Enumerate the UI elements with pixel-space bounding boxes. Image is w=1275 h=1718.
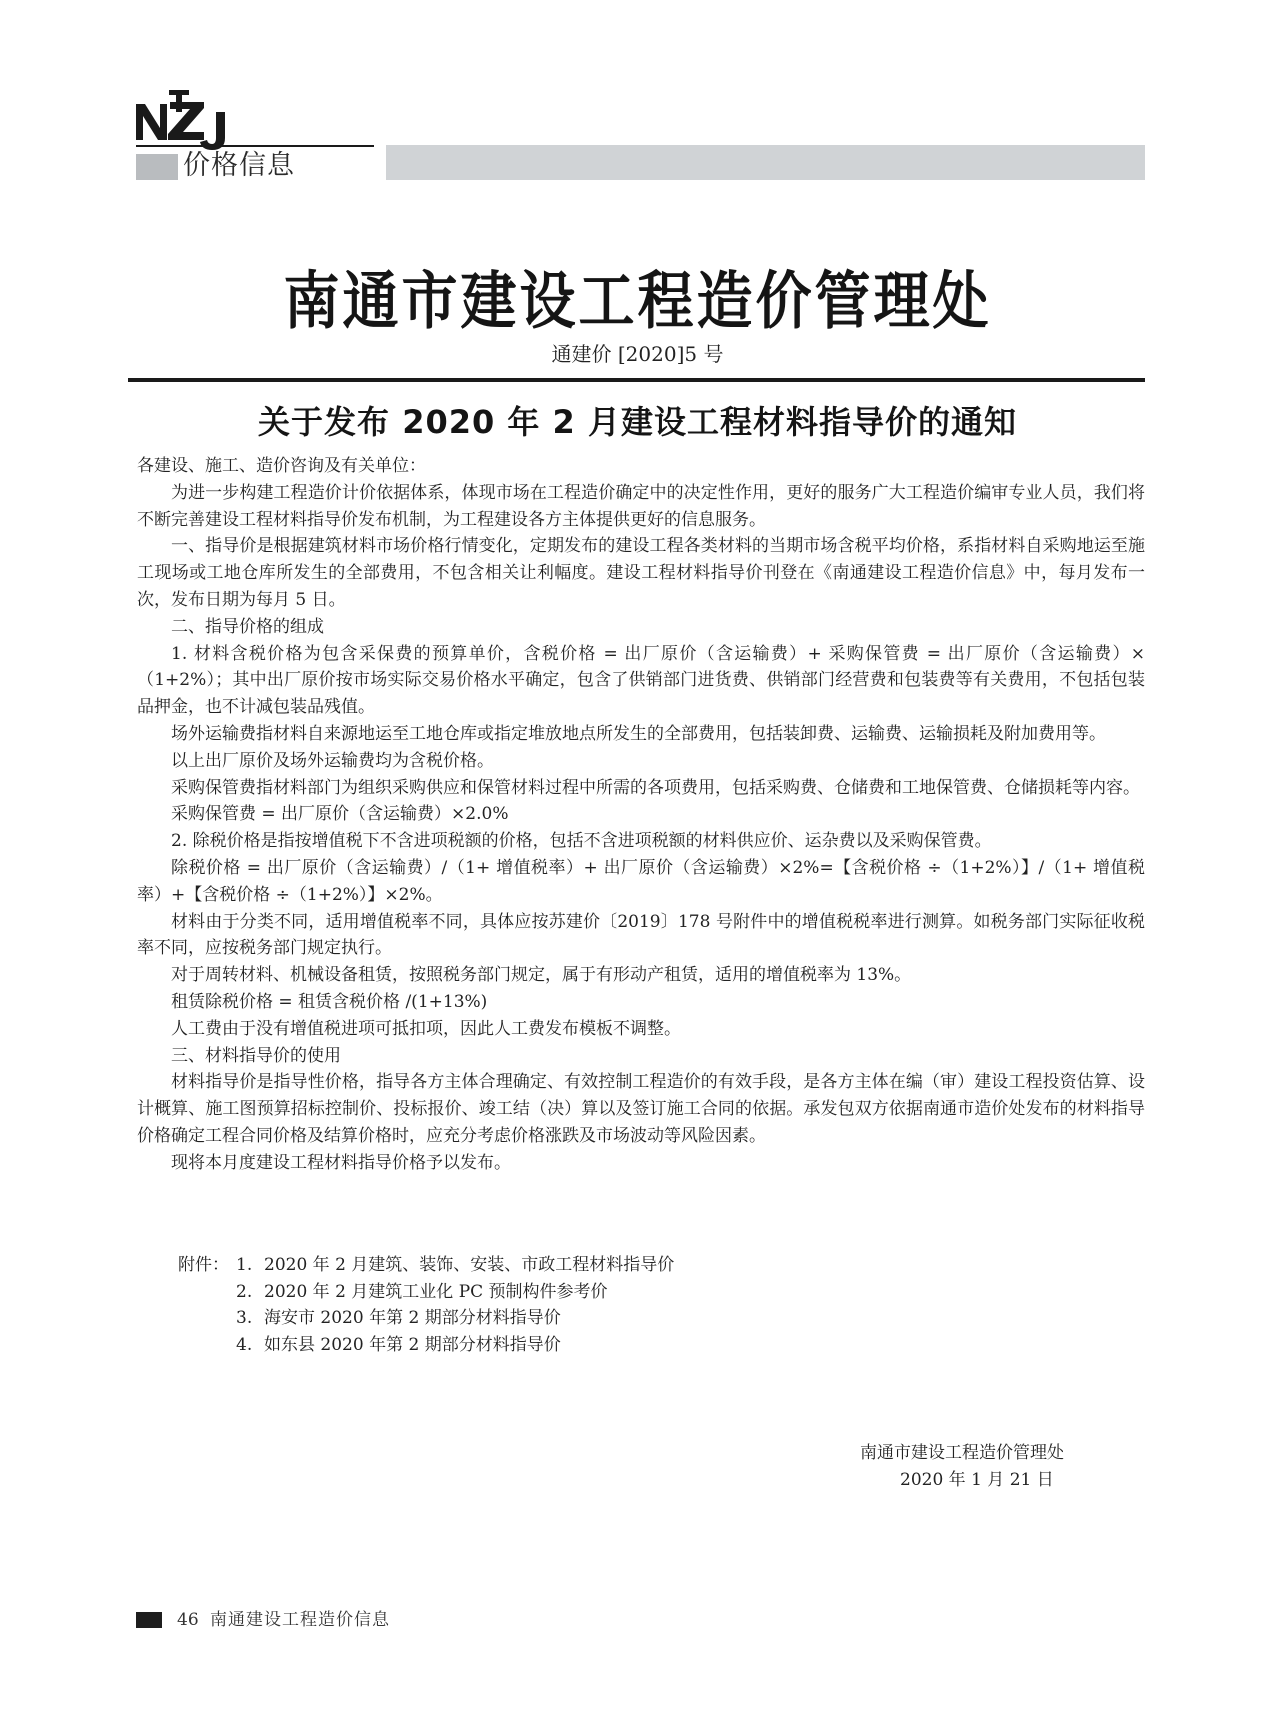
paragraph-release: 现将本月度建设工程材料指导价格予以发布。 xyxy=(137,1150,1145,1177)
ntzj-logo xyxy=(136,88,246,150)
attachment-item: 2. 2020 年 2 月建筑工业化 PC 预制构件参考价 xyxy=(178,1279,674,1306)
paragraph-usage: 材料指导价是指导性价格，指导各方主体合理确定、有效控制工程造价的有效手段，是各方… xyxy=(137,1069,1145,1149)
heading-section-3: 三、材料指导价的使用 xyxy=(137,1043,1145,1070)
footer-marker-block xyxy=(136,1612,162,1628)
salutation: 各建设、施工、造价咨询及有关单位： xyxy=(137,453,1145,480)
signature-block: 南通市建设工程造价管理处 2020 年 1 月 21 日 xyxy=(860,1440,1110,1494)
org-title: 南通市建设工程造价管理处 xyxy=(0,264,1275,338)
section-marker-block xyxy=(136,154,178,180)
paragraph-leasing-vat: 对于周转材料、机械设备租赁，按照税务部门规定，属于有形动产租赁，适用的增值税率为… xyxy=(137,962,1145,989)
formula-tax-exclusive-price: 除税价格 = 出厂原价（含运输费）/（1+ 增值税率）+ 出厂原价（含运输费）×… xyxy=(137,855,1145,909)
attachment-item: 附件： 1. 2020 年 2 月建筑、装饰、安装、市政工程材料指导价 xyxy=(178,1252,674,1279)
attachment-item: 4. 如东县 2020 年第 2 期部分材料指导价 xyxy=(178,1332,674,1359)
signature-date: 2020 年 1 月 21 日 xyxy=(860,1467,1110,1494)
attachment-item: 3. 海安市 2020 年第 2 期部分材料指导价 xyxy=(178,1305,674,1332)
paragraph-labor-cost: 人工费由于没有增值税进项可抵扣项，因此人工费发布模板不调整。 xyxy=(137,1016,1145,1043)
attachments-label: 附件： xyxy=(178,1252,236,1279)
paragraph-intro: 为进一步构建工程造价计价依据体系，体现市场在工程造价确定中的决定性作用，更好的服… xyxy=(137,480,1145,534)
paragraph-procurement-fee: 采购保管费指材料部门为组织采购供应和保管材料过程中所需的各项费用，包括采购费、仓… xyxy=(137,775,1145,802)
paragraph-section-1: 一、指导价是根据建筑材料市场价格行情变化，定期发布的建设工程各类材料的当期市场含… xyxy=(137,533,1145,613)
paragraph-transport-fee: 场外运输费指材料自来源地运至工地仓库或指定堆放地点所发生的全部费用，包括装卸费、… xyxy=(137,721,1145,748)
paragraph-tax-exclusive-price: 2. 除税价格是指按增值税下不含进项税额的价格，包括不含进项税额的材料供应价、运… xyxy=(137,828,1145,855)
header-gray-bar xyxy=(386,145,1145,180)
attachments-list: 附件： 1. 2020 年 2 月建筑、装饰、安装、市政工程材料指导价 2. 2… xyxy=(178,1252,674,1358)
title-divider xyxy=(128,378,1145,382)
heading-section-2: 二、指导价格的组成 xyxy=(137,614,1145,641)
paragraph-tax-inclusive-price: 1. 材料含税价格为包含采保费的预算单价，含税价格 = 出厂原价（含运输费）+ … xyxy=(137,641,1145,721)
paragraph-vat-rates: 材料由于分类不同，适用增值税率不同，具体应按苏建价〔2019〕178 号附件中的… xyxy=(137,909,1145,963)
publication-title: 南通建设工程造价信息 xyxy=(210,1608,390,1632)
section-label: 价格信息 xyxy=(183,148,295,184)
signature-org: 南通市建设工程造价管理处 xyxy=(860,1440,1110,1467)
notice-title: 关于发布 2020 年 2 月建设工程材料指导价的通知 xyxy=(0,400,1275,444)
page-number: 46 xyxy=(177,1608,199,1632)
paragraph-tax-inclusive-note: 以上出厂原价及场外运输费均为含税价格。 xyxy=(137,748,1145,775)
document-number: 通建价 [2020]5 号 xyxy=(0,340,1275,368)
header-rule xyxy=(136,145,374,147)
notice-body: 各建设、施工、造价咨询及有关单位： 为进一步构建工程造价计价依据体系，体现市场在… xyxy=(137,453,1145,1177)
formula-leasing-price: 租赁除税价格 = 租赁含税价格 /(1+13%) xyxy=(137,989,1145,1016)
formula-procurement-fee: 采购保管费 = 出厂原价（含运输费）×2.0% xyxy=(137,801,1145,828)
